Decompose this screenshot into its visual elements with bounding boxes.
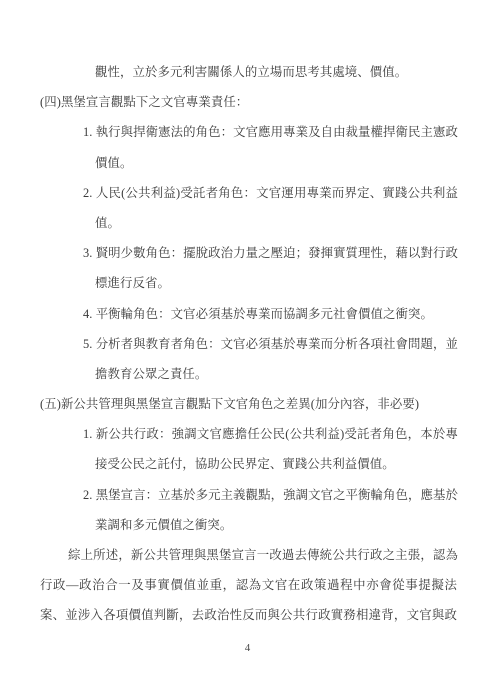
list-item-line: 3. 賢明少數角色：擺脫政治力量之壓迫；發揮實質理性，藉以對行政目 xyxy=(83,238,458,268)
continuation-line: 業調和多元價值之衝突。 xyxy=(95,510,495,540)
list-item-line: 1. 新公共行政：強調文官應擔任公民(公共利益)受託者角色，本於專業， xyxy=(83,419,458,449)
list-item-line: 2. 人民(公共利益)受託者角色：文官運用專業而界定、實踐公共利益價 xyxy=(83,178,458,208)
continuation-line: 標進行反省。 xyxy=(95,268,495,298)
list-item-line: 5. 分析者與教育者角色：文官必須基於專業而分析各項社會問題，並承 xyxy=(83,329,458,359)
text-block: 觀性，立於多元利害關係人的立場而思考其處境、價值。 (四)黑堡宣言觀點下之文官專… xyxy=(0,57,495,631)
page-number: 4 xyxy=(0,641,495,655)
paragraph-line: 綜上所述，新公共管理與黑堡宣言一改過去傳統公共行政之主張，認為 xyxy=(68,540,458,570)
list-item-line: 1. 執行與捍衛憲法的角色：文官應用專業及自由裁量權捍衛民主憲政 xyxy=(83,117,458,147)
paragraph-line: 案、並涉入各項價值判斷，去政治性反而與公共行政實務相違背，文官與政 xyxy=(40,600,457,630)
continuation-line: 觀性，立於多元利害關係人的立場而思考其處境、價值。 xyxy=(95,57,495,87)
continuation-line: 接受公民之託付，協助公民界定、實踐公共利益價值。 xyxy=(95,449,495,479)
list-item-line: 2. 黑堡宣言：立基於多元主義觀點，強調文官之平衡輪角色，應基於專 xyxy=(83,480,458,510)
paragraph-line: 行政—政治合一及事實價值並重，認為文官在政策過程中亦會從事提擬法 xyxy=(40,570,457,600)
section-heading: (五)新公共管理與黑堡宣言觀點下文官角色之差異(加分內容，非必要) xyxy=(40,389,495,419)
continuation-line: 擔教育公眾之責任。 xyxy=(95,359,495,389)
list-item-line: 4. 平衡輪角色：文官必須基於專業而協調多元社會價值之衝突。 xyxy=(83,299,495,329)
document-page: 觀性，立於多元利害關係人的立場而思考其處境、價值。 (四)黑堡宣言觀點下之文官專… xyxy=(0,0,495,700)
continuation-line: 值。 xyxy=(95,208,495,238)
continuation-line: 價值。 xyxy=(95,148,495,178)
section-heading: (四)黑堡宣言觀點下之文官專業責任： xyxy=(40,87,495,117)
